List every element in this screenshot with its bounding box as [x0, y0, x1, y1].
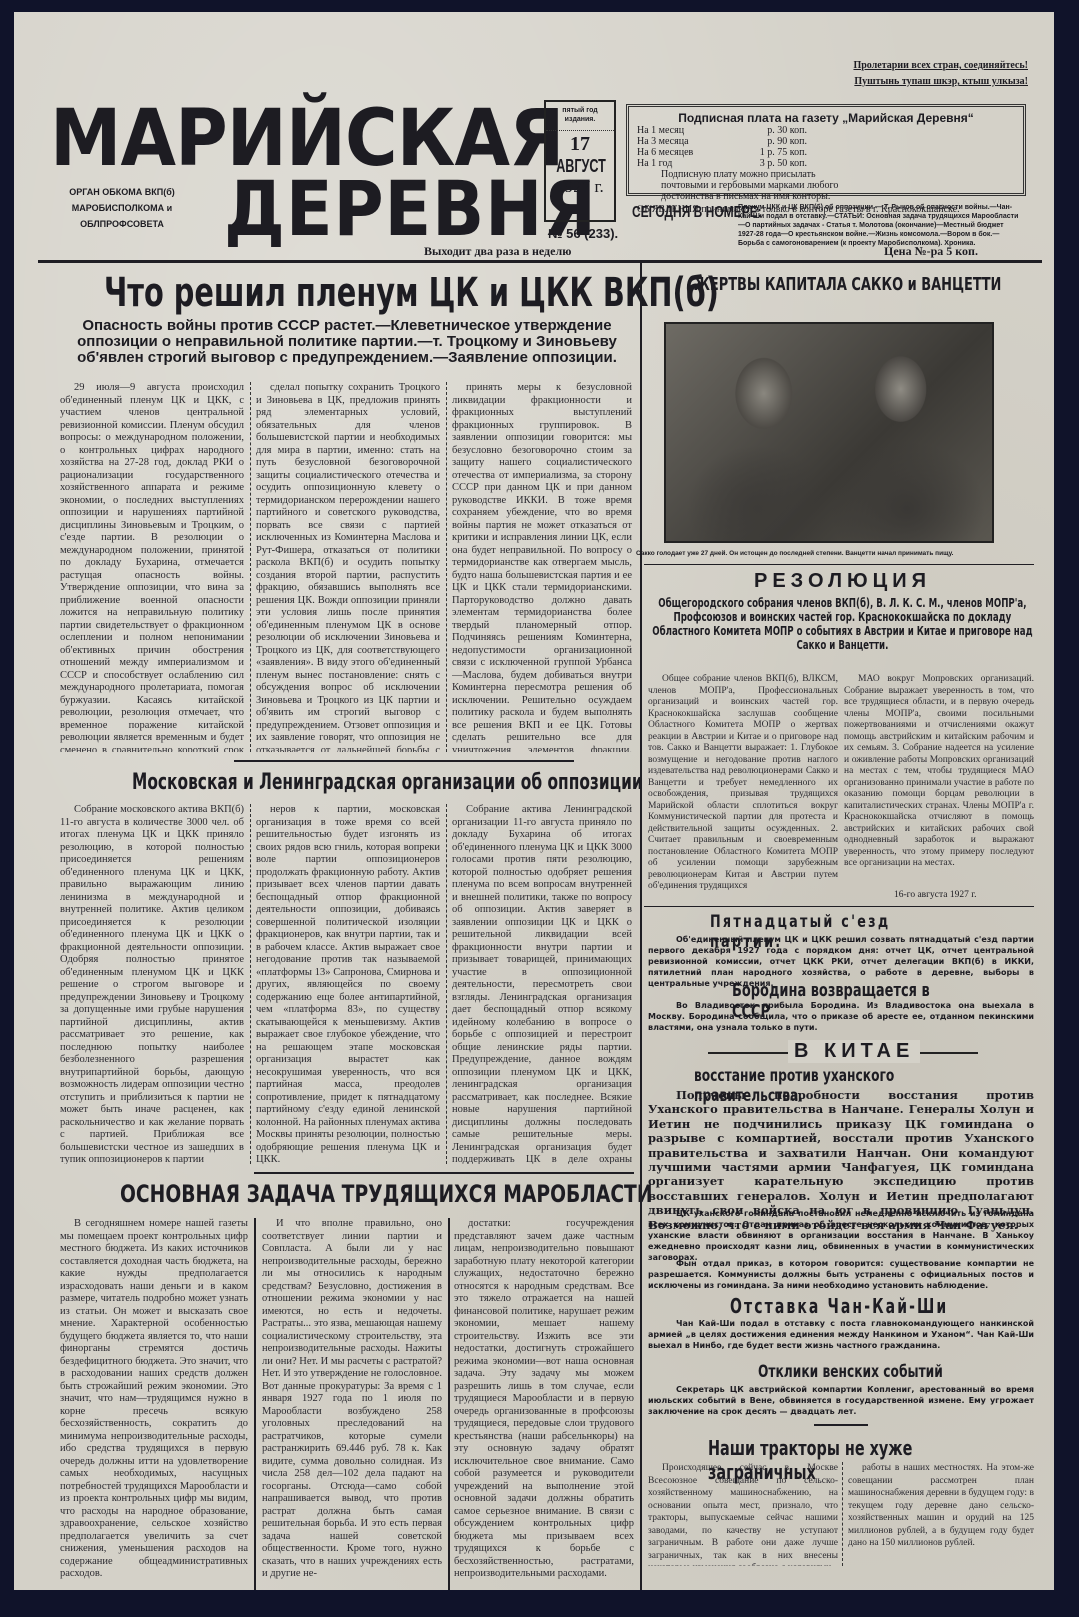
sacco-vanzetti-headline: ЖЕРТВЫ КАПИТАЛА САККО и ВАНЦЕТТИ — [694, 274, 1001, 295]
budget-headline: ОСНОВНАЯ ЗАДАЧА ТРУДЯЩИХСЯ МАРОБЛАСТИ — [120, 1180, 652, 1208]
tractors-col-1: Происходящее сейчас в Москве Всесоюзное … — [648, 1462, 838, 1566]
photo-caption: Сакко голодает уже 27 дней. Он истощен д… — [636, 550, 953, 557]
resolution-col-1: Общее собрание членов ВКП(б), ВЛКСМ, чле… — [648, 674, 838, 900]
today-contents: Пленум ЦКК и ЦК ВКП(б) об оппозиции.— Т.… — [738, 203, 1023, 248]
masthead-organ: ОРГАН ОБКОМА ВКП(б) МАРОБИСПОЛКОМА и ОБЛ… — [62, 184, 182, 232]
vienna-headline: Отклики венских событий — [758, 1362, 943, 1382]
sacco-vanzetti-photo — [664, 322, 994, 543]
slogan-mari: Пуштынь тупаш шкэр, ктыш улкыза! — [854, 76, 1028, 87]
rate-row: На 6 месяцев1 р. 75 коп. — [637, 147, 807, 158]
china-paragraph-2: ЦК уханского гоминдана постановил немедл… — [648, 1208, 1034, 1263]
chiang-text: Чан Кай-Ши подал в отставку с поста глав… — [648, 1318, 1034, 1351]
tractors-col-2: работы в наших местностях. На этом-же со… — [848, 1462, 1034, 1566]
main-col-2: сделал попытку сохранить Троцкого и Зино… — [256, 382, 440, 752]
rate-row: На 1 месяцр. 30 коп. — [637, 125, 807, 136]
main-col-1: 29 июля—9 августа происходил об'единенны… — [60, 382, 244, 752]
masthead-rule — [38, 260, 1042, 263]
column-divider — [254, 1218, 256, 1598]
price: Цена №-ра 5 коп. — [884, 244, 978, 259]
background-edge — [14, 1590, 1054, 1617]
column-divider — [250, 804, 251, 1164]
date-year: 1927 г. — [546, 177, 614, 197]
date-month: АВГУСТ — [556, 156, 604, 177]
subscription-note: Подписную плату можно присылать почтовым… — [661, 169, 851, 202]
main-col-3: принять меры к безусловной ликвидации фр… — [452, 382, 632, 752]
china-paragraph-3: Фын отдал приказ, в котором говорится: с… — [648, 1258, 1034, 1291]
column-divider — [446, 804, 447, 1164]
issue-number: № 56 (233). — [548, 226, 618, 241]
section-rule — [234, 760, 574, 762]
masthead-title-line2: ДЕРЕВНЯ — [224, 164, 597, 253]
resolution-title: РЕЗОЛЮЦИЯ — [754, 570, 931, 593]
moscow-col-3: Собрание актива Ленинградской организаци… — [452, 804, 632, 1164]
borodina-text: Во Владивосток прибыла Бородина. Из Влад… — [648, 1000, 1034, 1033]
section-rule — [814, 1424, 868, 1426]
main-deck: Опасность войны против СССР растет.—Клев… — [62, 318, 632, 366]
column-divider — [446, 382, 447, 752]
rate-row: На 3 месяцар. 90 коп. — [637, 136, 807, 147]
budget-col-3: достатки: госучреждения представляют зач… — [454, 1218, 634, 1598]
slogan-russian: Пролетарии всех стран, соединяйтесь! — [853, 60, 1028, 71]
column-divider — [250, 382, 251, 752]
vienna-text: Секретарь ЦК австрийской компартии Копле… — [648, 1384, 1034, 1417]
resolution-date: 16-го августа 1927 г. — [894, 890, 976, 900]
column-divider — [448, 1218, 450, 1598]
column-divider — [842, 1462, 843, 1566]
year-of-publication: пятый год издания. — [546, 106, 614, 124]
moscow-headline: Московская и Ленинградская организации о… — [132, 770, 643, 795]
date-box: пятый год издания. 17 АВГУСТ 1927 г. — [544, 100, 616, 222]
moscow-col-1: Собрание московского актива ВКП(б) 11-го… — [60, 804, 244, 1164]
resolution-subtitle: Общегородского собрания членов ВКП(б), В… — [648, 596, 1037, 652]
subscription-rates: На 1 месяцр. 30 коп. На 3 месяцар. 90 ко… — [637, 125, 807, 169]
date-day: 17 — [546, 130, 614, 156]
section-rule — [644, 906, 1034, 907]
section-rule — [254, 1172, 634, 1174]
chiang-headline: Отставка Чан-Кай-Ши — [730, 1294, 948, 1318]
china-section-title: В КИТАЕ — [788, 1040, 920, 1063]
budget-col-2: И что вполне правильно, оно соответствуе… — [262, 1218, 442, 1598]
section-rule — [644, 564, 1034, 565]
budget-col-1: В сегодняшнем номере нашей газеты мы пом… — [60, 1218, 248, 1598]
page-column-divider — [640, 262, 642, 1597]
resolution-col-2: МАО вокруг Мопровских организаций. Собра… — [844, 674, 1034, 888]
subscription-title: Подписная плата на газету „Марийская Дер… — [637, 111, 1015, 125]
rate-row: На 1 год3 р. 50 коп. — [637, 158, 807, 169]
subscription-box: Подписная плата на газету „Марийская Дер… — [626, 104, 1026, 196]
newspaper-page: МАРИЙСКАЯ ДЕРЕВНЯ ОРГАН ОБКОМА ВКП(б) МА… — [14, 12, 1054, 1590]
publication-frequency: Выходит два раза в неделю — [424, 244, 571, 259]
moscow-col-2: неров к партии, московская организация в… — [256, 804, 440, 1164]
main-headline: Что решил пленум ЦК и ЦКК ВКП(б) — [104, 270, 719, 316]
